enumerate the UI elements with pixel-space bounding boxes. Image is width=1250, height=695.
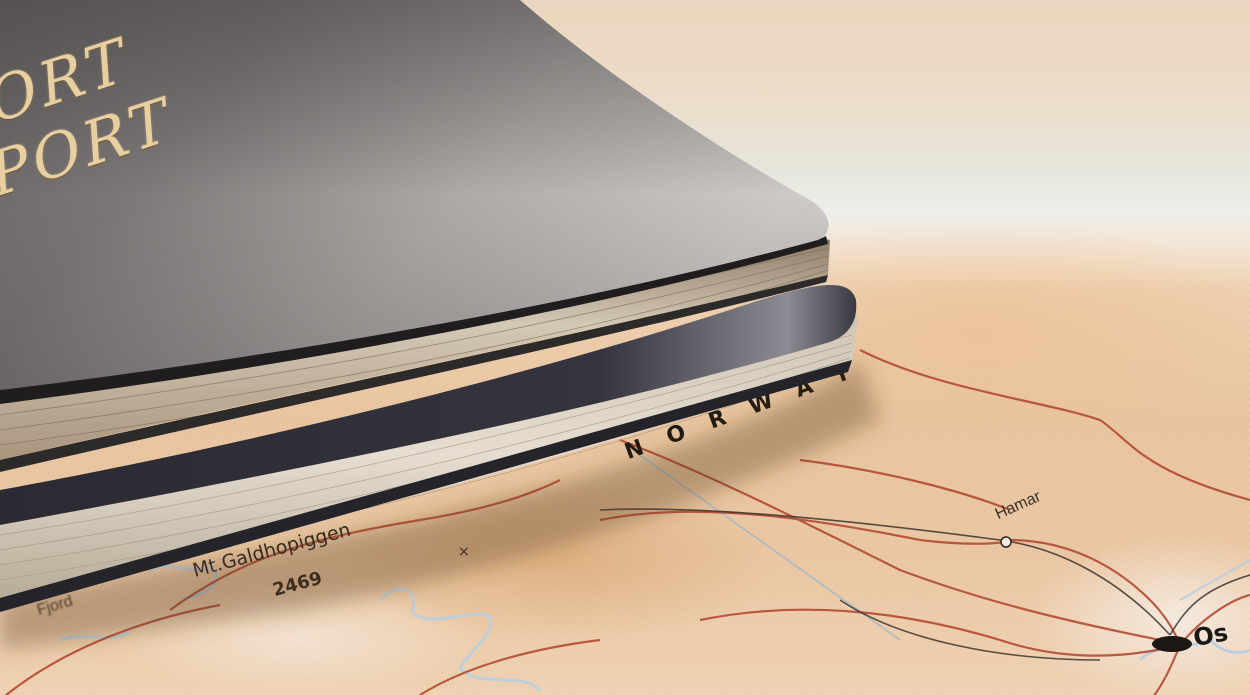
photo-scene: × NORWAY Hamar Mt.Galdhopiggen 2469 Fjor… [0,0,1250,695]
passports [0,0,1250,695]
